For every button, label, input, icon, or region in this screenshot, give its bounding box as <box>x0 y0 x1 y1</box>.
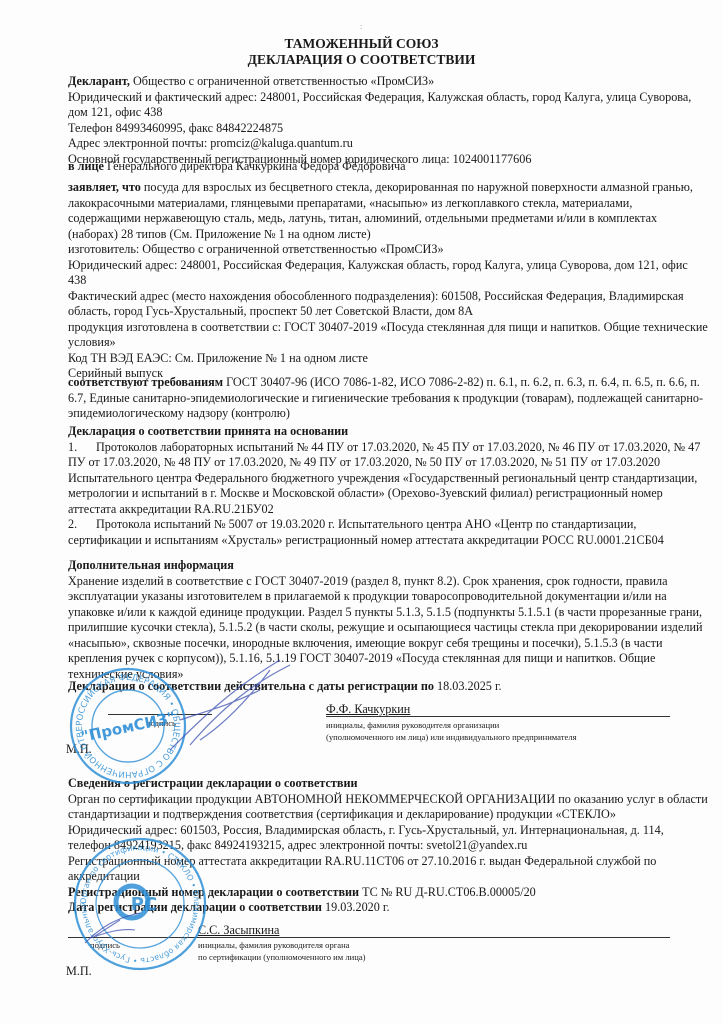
accreditation-info: Регистрационный номер аттестата аккредит… <box>68 854 708 885</box>
signature-line-declarant <box>108 714 212 715</box>
declares-section: заявляет, что посуда для взрослых из бес… <box>68 180 708 382</box>
header-declaration: ДЕКЛАРАЦИЯ О СООТВЕТСТВИИ <box>0 52 723 68</box>
represented-by: в лице Генерального директора Качкуркина… <box>68 159 708 175</box>
seal-place-cert-body: М.П. <box>66 964 92 979</box>
declarant-name-caption-2: (уполномоченного им лица) или индивидуал… <box>326 731 577 743</box>
additional-heading: Дополнительная информация <box>68 558 234 572</box>
complies-section: соответствуют требованиям ГОСТ 30407-96 … <box>68 375 708 422</box>
validity-label: Декларация о соответствии действительна … <box>68 679 434 693</box>
manufacturer-legal-address: Юридический адрес: 248001, Российская Фе… <box>68 258 708 289</box>
signature-caption-declarant: подпись <box>146 717 176 729</box>
basis-item-number: 2. <box>68 517 96 533</box>
declarant-label: Декларант, <box>68 74 130 88</box>
additional-text: Хранение изделий в соответствие с ГОСТ 3… <box>68 574 708 683</box>
registration-number-label: Регистрационный номер декларации о соотв… <box>68 885 359 899</box>
certification-body: Орган по сертификации продукции АВТОНОМН… <box>68 792 708 823</box>
production-standard: продукция изготовлена в соответствии с: … <box>68 320 708 351</box>
declarant-signatory-name: Ф.Ф. Качкуркин <box>326 702 410 717</box>
cert-body-name-caption-1: инициалы, фамилия руководителя органа <box>198 939 350 951</box>
additional-section: Дополнительная информация Хранение издел… <box>68 558 708 682</box>
registration-number-line: Регистрационный номер декларации о соотв… <box>68 885 708 901</box>
certification-body-address: Юридический адрес: 601503, Россия, Влади… <box>68 823 708 854</box>
validity-section: Декларация о соответствии действительна … <box>68 679 708 695</box>
tnved-code: Код ТН ВЭД ЕАЭС: См. Приложение № 1 на о… <box>68 351 708 367</box>
validity-date: 18.03.2025 г. <box>434 679 502 693</box>
declarant-phone: Телефон 84993460995, факс 84842224875 <box>68 121 708 137</box>
signature-caption-cert-body: подпись <box>90 939 120 951</box>
basis-item-text: Протокола испытаний № 5007 от 19.03.2020… <box>68 517 664 547</box>
registration-section: Сведения о регистрации декларации о соот… <box>68 776 708 916</box>
declarant-name: Общество с ограниченной ответственностью… <box>130 74 434 88</box>
basis-item-number: 1. <box>68 440 96 456</box>
declarant-email: Адрес электронной почты: promciz@kaluga.… <box>68 136 708 152</box>
represented-text: Генерального директора Качкуркина Фёдора… <box>104 159 406 173</box>
scan-mark: : <box>360 22 362 31</box>
cert-body-signatory-name: С.С. Засыпкина <box>198 923 279 938</box>
seal-place-declarant: М.П. <box>66 742 92 757</box>
basis-heading: Декларация о соответствии принята на осн… <box>68 424 348 438</box>
name-line-declarant <box>326 716 670 717</box>
registration-date-label: Дата регистрации декларации о соответств… <box>68 900 322 914</box>
declarant-section: Декларант, Общество с ограниченной ответ… <box>68 74 708 167</box>
declares-label: заявляет, что <box>68 180 141 194</box>
name-line-cert-body <box>178 937 670 938</box>
basis-item: 1.Протоколов лабораторных испытаний № 44… <box>68 440 708 518</box>
basis-item-text: Протоколов лабораторных испытаний № 44 П… <box>68 440 700 516</box>
basis-item: 2.Протокола испытаний № 5007 от 19.03.20… <box>68 517 708 548</box>
declarant-address: Юридический и фактический адрес: 248001,… <box>68 90 708 121</box>
represented-label: в лице <box>68 159 104 173</box>
manufacturer-actual-address: Фактический адрес (место нахождения обос… <box>68 289 708 320</box>
declarant-line: Декларант, Общество с ограниченной ответ… <box>68 74 708 90</box>
declarant-name-caption-1: инициалы, фамилия руководителя организац… <box>326 719 499 731</box>
registration-heading: Сведения о регистрации декларации о соот… <box>68 776 358 790</box>
product-description: посуда для взрослых из бесцветного стекл… <box>68 180 693 241</box>
header-union: ТАМОЖЕННЫЙ СОЮЗ <box>0 36 723 52</box>
registration-date-line: Дата регистрации декларации о соответств… <box>68 900 708 916</box>
declaration-page: : ТАМОЖЕННЫЙ СОЮЗ ДЕКЛАРАЦИЯ О СООТВЕТСТ… <box>0 0 723 1024</box>
manufacturer: изготовитель: Общество с ограниченной от… <box>68 242 708 258</box>
complies-label: соответствуют требованиям <box>68 375 223 389</box>
basis-section: Декларация о соответствии принята на осн… <box>68 424 708 548</box>
registration-number: ТС № RU Д-RU.СТ06.В.00005/20 <box>359 885 536 899</box>
cert-body-name-caption-2: по сертификации (уполномоченного им лица… <box>198 951 366 963</box>
signature-line-cert-body <box>68 937 178 938</box>
registration-date: 19.03.2020 г. <box>322 900 390 914</box>
